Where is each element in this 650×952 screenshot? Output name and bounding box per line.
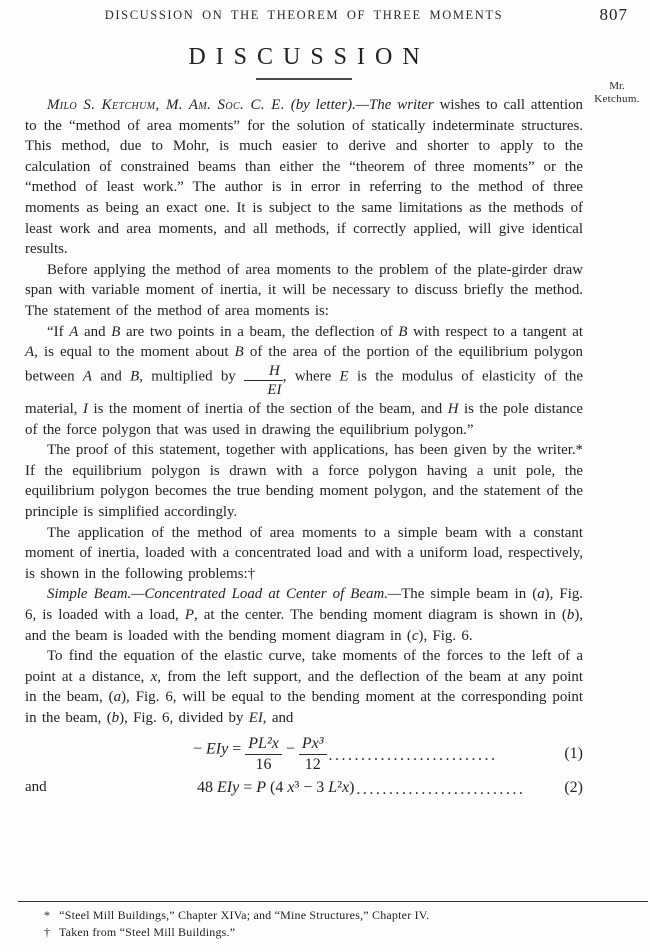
page-number: 807 <box>600 5 629 25</box>
body-text: Milo S. Ketchum, M. Am. Soc. C. E. (by l… <box>25 95 583 729</box>
inline-fraction: PL²x16 <box>245 735 282 774</box>
equation-connector-and: and <box>25 779 47 796</box>
paragraph-application: The application of the method of area mo… <box>25 523 583 585</box>
paragraph-simple-beam: Simple Beam.—Concentrated Load at Center… <box>25 584 583 646</box>
equation-1: − EIy = PL²x16 − Px³12 .................… <box>25 735 583 774</box>
margin-note-line2: Ketchum. <box>584 93 650 106</box>
title-rule-divider <box>256 78 352 80</box>
footnote-marker-dagger: † <box>44 924 56 941</box>
footnote-steel-mill: * “Steel Mill Buildings,” Chapter XIVa; … <box>44 907 648 924</box>
paragraph-ketchum-intro: Milo S. Ketchum, M. Am. Soc. C. E. (by l… <box>25 95 583 260</box>
equation-2-math: 48 EIy = P (4 x³ − 3 L²x) <box>197 779 354 797</box>
footnotes: * “Steel Mill Buildings,” Chapter XIVa; … <box>18 901 648 941</box>
footnote-text: Taken from “Steel Mill Buildings.” <box>59 925 235 939</box>
margin-note-line1: Mr. <box>609 80 625 92</box>
equation-1-dot-leader: .......................... <box>329 743 563 765</box>
equation-1-number: (1) <box>564 745 583 763</box>
paragraph-before-applying: Before applying the method of area momen… <box>25 260 583 322</box>
running-head: DISCUSSION ON THE THEOREM OF THREE MOMEN… <box>25 8 583 28</box>
paragraph-area-moments-statement: “If A and B are two points in a beam, th… <box>25 322 583 441</box>
equation-1-math: − EIy = PL²x16 − Px³12 <box>193 735 327 774</box>
paragraph-elastic-curve: To find the equation of the elastic curv… <box>25 646 583 728</box>
equations-block: − EIy = PL²x16 − Px³12 .................… <box>25 735 583 800</box>
equation-2: 48 EIy = P (4 x³ − 3 L²x) ..............… <box>25 777 583 799</box>
equation-2-dot-leader: .......................... <box>356 777 562 799</box>
margin-note: Mr. Ketchum. <box>584 80 650 106</box>
equation-2-number: (2) <box>564 779 583 797</box>
paragraph-proof: The proof of this statement, together wi… <box>25 440 583 522</box>
inline-fraction: Px³12 <box>299 735 327 774</box>
footnote-marker-asterisk: * <box>44 907 56 924</box>
section-title: DISCUSSION <box>25 44 583 71</box>
inline-fraction: HEI <box>244 363 283 399</box>
running-head-title: DISCUSSION ON THE THEOREM OF THREE MOMEN… <box>25 8 583 23</box>
footnote-taken-from: † Taken from “Steel Mill Buildings.” <box>44 924 648 941</box>
footnote-text: “Steel Mill Buildings,” Chapter XIVa; an… <box>59 908 429 922</box>
book-page: DISCUSSION ON THE THEOREM OF THREE MOMEN… <box>0 0 650 952</box>
